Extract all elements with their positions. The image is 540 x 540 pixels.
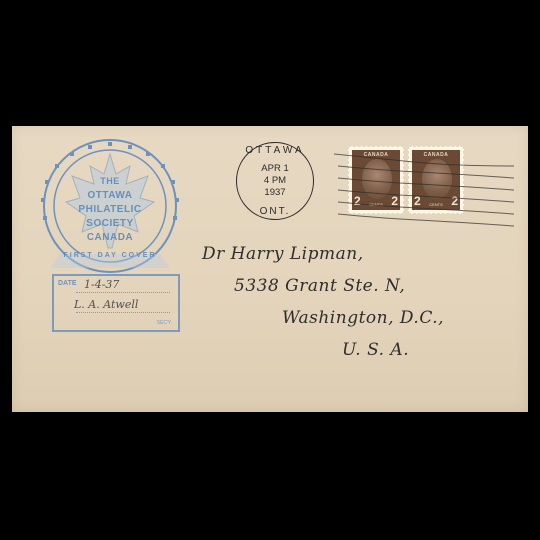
envelope: THE OTTAWA PHILATELIC SOCIETY CANADA FIR… xyxy=(12,126,528,412)
address-line-city: Washington, D.C., xyxy=(282,308,444,328)
postmark-city: OTTAWA xyxy=(237,145,313,156)
machine-cancel-lines-icon xyxy=(334,152,514,242)
address-line-street: 5338 Grant Ste. N, xyxy=(234,276,405,296)
signature-dotted-line xyxy=(76,312,170,313)
secy-label: SEC'Y. xyxy=(157,320,172,326)
cachet-arc-text: FIRST DAY COVER xyxy=(30,252,190,259)
postmark-province: ONT. xyxy=(237,206,313,217)
postmark: OTTAWA APR 1 4 PM 1937 ONT. xyxy=(236,142,314,220)
date-label: DATE xyxy=(58,280,77,287)
date-value: 1-4-37 xyxy=(84,278,119,291)
postmark-date: APR 1 xyxy=(237,163,313,174)
cachet-date-box: DATE 1-4-37 L. A. Atwell SEC'Y. xyxy=(52,274,180,332)
postmark-time: 4 PM xyxy=(237,175,313,186)
cachet-line-the: THE xyxy=(30,176,190,186)
cachet-line-canada: CANADA xyxy=(30,232,190,243)
postmark-year: 1937 xyxy=(237,187,313,198)
cachet-signature: L. A. Atwell xyxy=(74,298,138,311)
cachet: THE OTTAWA PHILATELIC SOCIETY CANADA FIR… xyxy=(30,136,190,346)
cachet-line-ottawa: OTTAWA xyxy=(30,190,190,201)
address-line-country: U. S. A. xyxy=(342,340,409,360)
address-line-name: Dr Harry Lipman, xyxy=(202,244,364,264)
cachet-line-society: SOCIETY xyxy=(30,218,190,229)
cachet-line-philatelic: PHILATELIC xyxy=(30,204,190,215)
date-dotted-line xyxy=(76,292,170,293)
